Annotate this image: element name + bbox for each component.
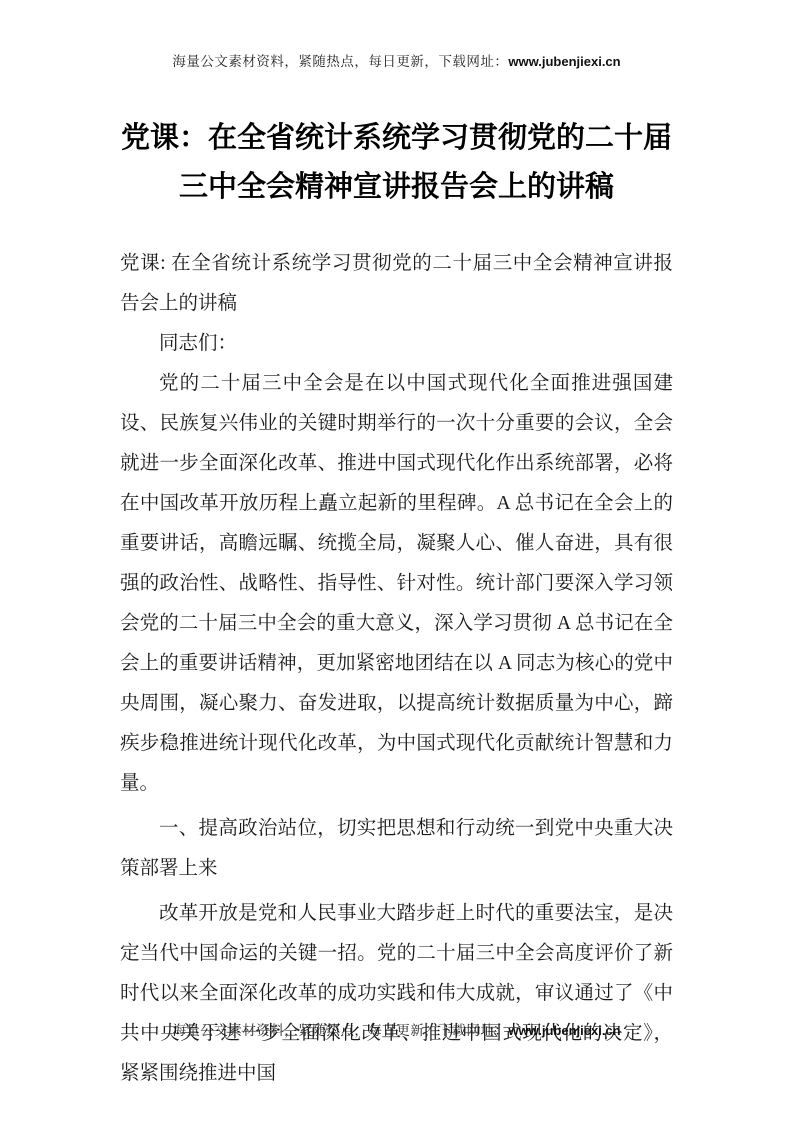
document-title: 党课：在全省统计系统学习贯彻党的二十届三中全会精神宣讲报告会上的讲稿 [120,114,673,212]
paragraph-subtitle: 党课: 在全省统计系统学习贯彻党的二十届三中全会精神宣讲报告会上的讲稿 [120,244,673,324]
footer-url: www.jubenjiexi.cn [508,1023,620,1038]
header-url: www.jubenjiexi.cn [508,54,620,69]
footer-text: 海量公文素材资料，紧随热点，每日更新，下载网址： [172,1023,508,1038]
paragraph-section-1-body: 改革开放是党和人民事业大踏步赶上时代的重要法宝，是决定当代中国命运的关键一招。党… [120,894,673,1094]
document-page: 海量公文素材资料，紧随热点，每日更新，下载网址：www.jubenjiexi.c… [0,0,793,1122]
header-text: 海量公文素材资料，紧随热点，每日更新，下载网址： [172,54,508,69]
paragraph-salutation: 同志们： [120,324,673,364]
document-body: 党课: 在全省统计系统学习贯彻党的二十届三中全会精神宣讲报告会上的讲稿 同志们：… [120,244,673,1094]
page-footer: 海量公文素材资料，紧随热点，每日更新，下载网址：www.jubenjiexi.c… [0,1022,793,1040]
paragraph-intro: 党的二十届三中全会是在以中国式现代化全面推进强国建设、民族复兴伟业的关键时期举行… [120,364,673,804]
paragraph-section-heading-1: 一、提高政治站位，切实把思想和行动统一到党中央重大决策部署上来 [120,809,673,889]
page-header: 海量公文素材资料，紧随热点，每日更新，下载网址：www.jubenjiexi.c… [0,53,793,71]
